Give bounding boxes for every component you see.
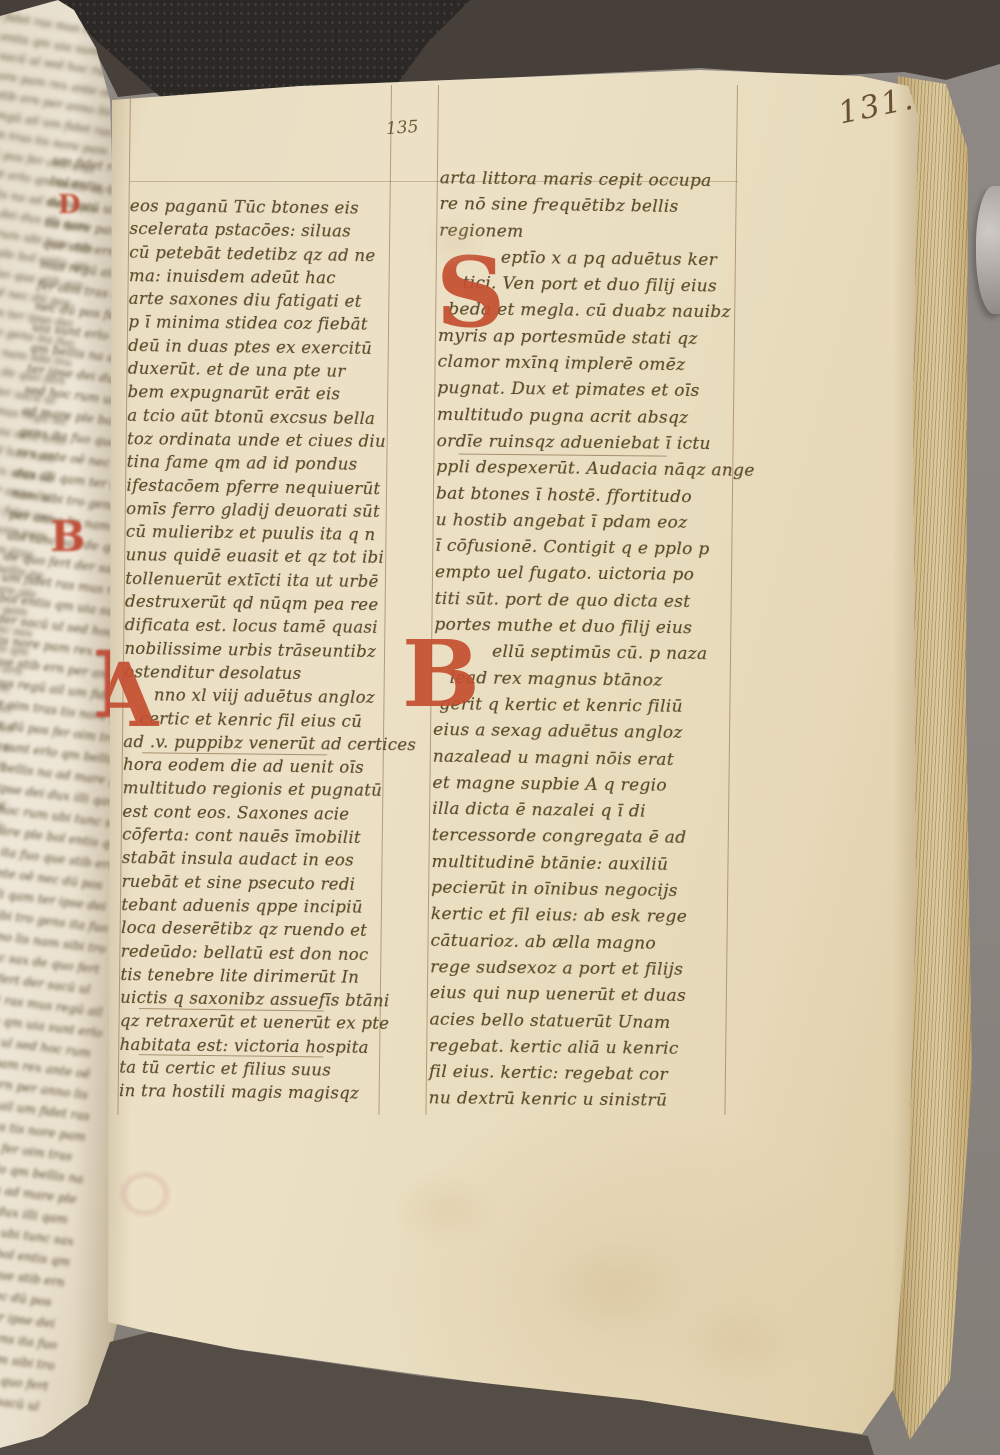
quire-page-number: 135 [385,117,419,139]
manuscript-text-line: ruebāt et sine psecuto redi [121,871,393,898]
manuscript-text-line: redeūdo: bellatū est don noc [121,941,393,968]
manuscript-text-line: ad .v. puppibz venerūt ad certices [123,732,395,758]
manuscript-text-line: unus quidē euasit et qz tot ibi [125,546,397,572]
parchment-stain [540,1240,690,1335]
folio-number: 131. [835,80,918,131]
manuscript-text-line: in tra hostili magis magisqz [119,1081,391,1107]
text-column-left: eos paganū Tūc btones eisscelerata pstac… [119,196,402,1108]
manuscript-text-line: rege sudsexoz a port et filijs [430,957,736,986]
manuscript-text-line: re nō sine frequētibz bellis [439,194,745,224]
manuscript-text-line: omīs ferro gladij deuorati sūt [126,499,398,525]
rubric-initial-small: D [58,190,81,220]
manuscript-text-line: multitudinē btānie: auxiliū [431,852,737,882]
rubric-initial-B: B [402,628,480,720]
manuscript-text-line: ostenditur desolatus [124,662,396,688]
manuscript-text-line: ellū septimūs cū. p naza [434,641,740,671]
page-weight-object [976,186,1000,314]
manuscript-text-line: illa dicta ē nazalei q ī di [432,799,738,829]
manuscript-text-line: kertic et fil eius: ab esk rege [431,904,737,934]
manuscript-text-line: multitudo pugna acrit absqz [437,404,743,434]
manuscript-text-line: nno xl viij aduētus angloz [124,685,396,712]
parchment-stain [680,1300,800,1385]
manuscript-text-line: nu dextrū kenric u sinistrū [428,1089,734,1118]
manuscript-text-line: multitudo regionis et pugnatū [123,779,395,805]
rubric-initial-mid: B [50,512,86,561]
manuscript-text-line: nazalead u magni nōis erat [433,746,739,777]
manuscript-text-line: ppli despexerūt. Audacia nāqz ange [436,457,742,487]
manuscript-text-line: nobilissime urbis trāseuntibz [124,638,396,665]
manuscript-text-line: ordīe ruinsqz adueniebat ī ictu [436,431,742,460]
manuscript-text-line: tercessorde congregata ē ad [432,826,738,855]
manuscript-text-line: cātuarioz. ab ælla magno [430,930,736,960]
manuscript-text-line: arta littora maris cepit occupa [440,168,746,197]
manuscript-text-line: p ī minima stidea coz fiebāt [128,313,400,339]
manuscript-text-line: dificata est. locus tamē quasi [125,615,397,641]
manuscript-text-line: et magne supbie A q regio [432,773,738,803]
parchment-stain-ring [116,1168,174,1220]
manuscript-text-line: acies bello statuerūt Unam [429,1009,735,1040]
manuscript-text-line: eos paganū Tūc btones eis [130,196,402,222]
manuscript-text-line: cū petebāt tedetibz qz ad ne [129,242,401,269]
manuscript-text-line: bem expugnarūt erāt eis [127,383,399,409]
manuscript-text-line: bat btones ī hostē. ffortitudo [436,483,742,514]
parchment-stain [390,1170,500,1250]
manuscript-text-line: regebat. kertic aliā u kenric [429,1036,735,1066]
manuscript-text-line: empto uel fugato. uictoria po [435,563,741,592]
manuscript-text-line: certic et kenric fil eius cū [123,708,395,735]
manuscript-text-line: tina fame qm ad id pondus [127,452,399,479]
manuscript-text-line: stabāt insula audact in eos [122,848,394,874]
manuscript-text-line: titi sūt. port de quo dicta est [435,589,741,619]
manuscript-text-line: tebant aduenis qppe incipiū [121,895,393,921]
parchment-stain [420,210,490,270]
manuscript-text-line: fil eius. kertic: regebat cor [429,1062,735,1092]
manuscript-recto-page: 135 131. eos paganū Tūc btones eissceler… [90,60,935,1450]
manuscript-text-line: scelerata pstacōes: siluas [129,219,401,246]
manuscript-text-line: ifestacōem pferre nequiuerūt [126,475,398,502]
manuscript-text-line: tis tenebre lite dirimerūt In [120,965,392,991]
manuscript-text-line: loca deserētibz qz ruendo et [121,918,393,945]
manuscript-text-line: qz retraxerūt et uenerūt ex pte [120,1012,392,1038]
manuscript-text-line: a tcio aūt btonū excsus bella [127,406,399,433]
manuscript-text-line: u hostib angebat ī pdam eoz [436,510,742,540]
manuscript-photo: um fidet ras mus regū ailbol entis qm ui… [0,0,1000,1455]
manuscript-text-line: toz ordinata unde et ciues diu [127,429,399,455]
manuscript-text-line: pugnat. Dux et pimates et oīs [437,379,743,409]
manuscript-text-line: eius qui nup uenerūt et duas [430,983,736,1013]
